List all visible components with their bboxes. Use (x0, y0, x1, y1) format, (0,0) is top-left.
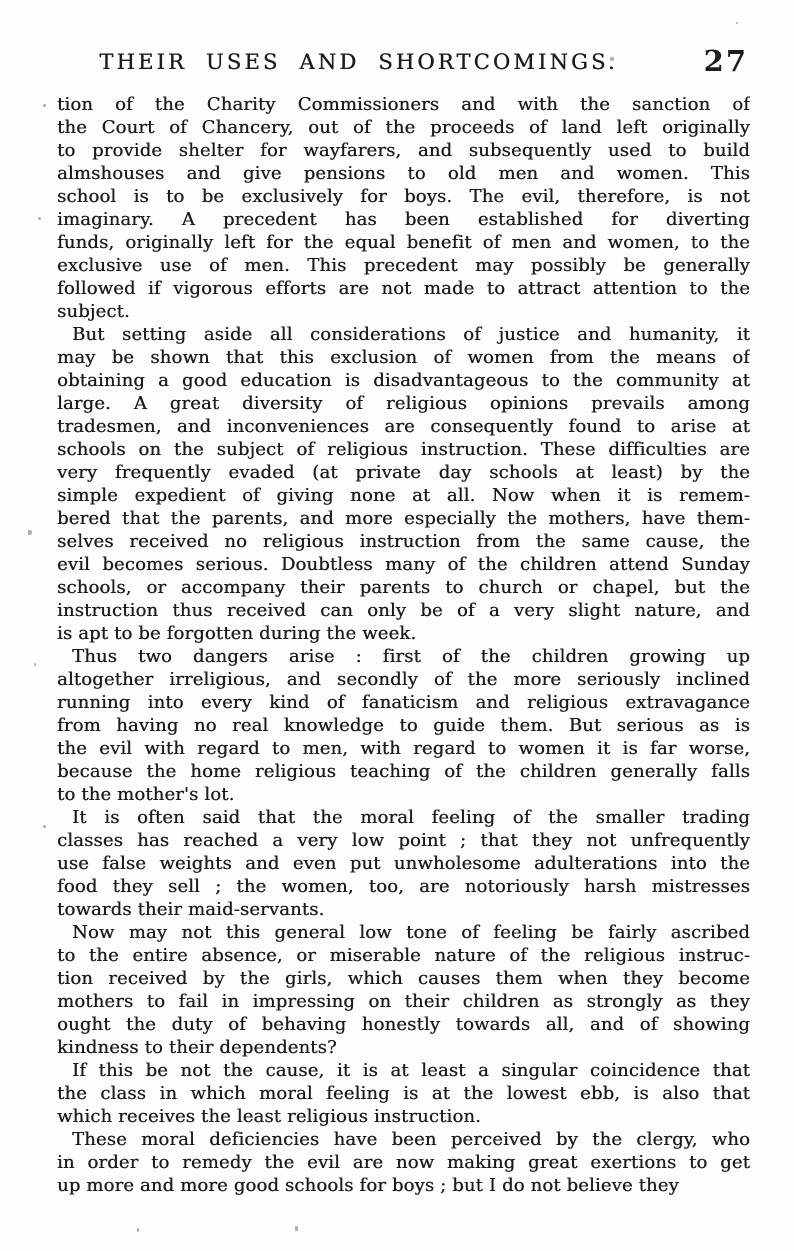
text-line: tion received by the girls, which causes… (57, 967, 750, 990)
page-number: 27 (704, 44, 748, 78)
text-line: These moral deficiencies have been perce… (57, 1128, 750, 1151)
text-line: If this be not the cause, it is at least… (57, 1059, 750, 1082)
text-line: running into every kind of fanaticism an… (57, 691, 750, 714)
text-line: funds, originally left for the equal ben… (57, 231, 750, 254)
scan-speck (736, 22, 738, 24)
text-line: simple expedient of giving none at all. … (57, 484, 750, 507)
scan-speck (38, 217, 41, 220)
text-line: almshouses and give pensions to old men … (57, 162, 750, 185)
text-line: food they sell ; the women, too, are not… (57, 875, 750, 898)
text-line: large. A great diversity of religious op… (57, 392, 750, 415)
text-line: But setting aside all considerations of … (57, 323, 750, 346)
text-line: school is to be exclusively for boys. Th… (57, 185, 750, 208)
scan-speck (43, 825, 46, 828)
text-line: because the home religious teaching of t… (57, 760, 750, 783)
book-page: THEIR USES AND SHORTCOMINGS. 27 tion of … (0, 0, 794, 1251)
text-line: which receives the least religious instr… (57, 1105, 750, 1128)
text-line: towards their maid-servants. (57, 898, 750, 921)
paragraph: Now may not this general low tone of fee… (57, 921, 750, 1059)
text-line: Thus two dangers arise : first of the ch… (57, 645, 750, 668)
paragraph: But setting aside all considerations of … (57, 323, 750, 645)
paragraph: Thus two dangers arise : first of the ch… (57, 645, 750, 806)
scan-speck (34, 663, 36, 666)
page-body: tion of the Charity Commissioners and wi… (57, 93, 750, 1197)
text-line: It is often said that the moral feeling … (57, 806, 750, 829)
text-line: altogether irreligious, and secondly of … (57, 668, 750, 691)
text-line: subject. (57, 300, 750, 323)
scan-speck (43, 104, 46, 107)
text-line: evil becomes serious. Doubtless many of … (57, 553, 750, 576)
text-line: Now may not this general low tone of fee… (57, 921, 750, 944)
text-line: tion of the Charity Commissioners and wi… (57, 93, 750, 116)
paragraph: These moral deficiencies have been perce… (57, 1128, 750, 1197)
paragraph: tion of the Charity Commissioners and wi… (57, 93, 750, 323)
paragraph: It is often said that the moral feeling … (57, 806, 750, 921)
text-line: from having no real knowledge to guide t… (57, 714, 750, 737)
text-line: in order to remedy the evil are now maki… (57, 1151, 750, 1174)
text-line: up more and more good schools for boys ;… (57, 1174, 750, 1197)
text-line: the Court of Chancery, out of the procee… (57, 116, 750, 139)
text-line: kindness to their dependents? (57, 1036, 750, 1059)
text-line: schools on the subject of religious inst… (57, 438, 750, 461)
scan-speck (610, 57, 614, 61)
text-line: to the entire absence, or miserable natu… (57, 944, 750, 967)
text-line: tradesmen, and inconveniences are conseq… (57, 415, 750, 438)
text-line: to provide shelter for wayfarers, and su… (57, 139, 750, 162)
text-line: instruction thus received can only be of… (57, 599, 750, 622)
text-line: obtaining a good education is disadvanta… (57, 369, 750, 392)
text-line: to the mother's lot. (57, 783, 750, 806)
running-header-title: THEIR USES AND SHORTCOMINGS. (57, 50, 660, 74)
text-line: bered that the parents, and more especia… (57, 507, 750, 530)
text-line: selves received no religious instruction… (57, 530, 750, 553)
scan-speck (137, 1228, 139, 1232)
text-line: schools, or accompany their parents to c… (57, 576, 750, 599)
text-line: classes has reached a very low point ; t… (57, 829, 750, 852)
scan-speck (295, 1226, 298, 1231)
page-header: THEIR USES AND SHORTCOMINGS. 27 (57, 44, 750, 78)
text-line: followed if vigorous efforts are not mad… (57, 277, 750, 300)
scan-speck (28, 530, 32, 535)
text-line: exclusive use of men. This precedent may… (57, 254, 750, 277)
text-line: ought the duty of behaving honestly towa… (57, 1013, 750, 1036)
text-line: mothers to fail in impressing on their c… (57, 990, 750, 1013)
text-line: the evil with regard to men, with regard… (57, 737, 750, 760)
text-line: the class in which moral feeling is at t… (57, 1082, 750, 1105)
text-line: is apt to be forgotten during the week. (57, 622, 750, 645)
text-line: very frequently evaded (at private day s… (57, 461, 750, 484)
text-line: imaginary. A precedent has been establis… (57, 208, 750, 231)
text-line: may be shown that this exclusion of wome… (57, 346, 750, 369)
text-line: use false weights and even put unwholeso… (57, 852, 750, 875)
paragraph: If this be not the cause, it is at least… (57, 1059, 750, 1128)
